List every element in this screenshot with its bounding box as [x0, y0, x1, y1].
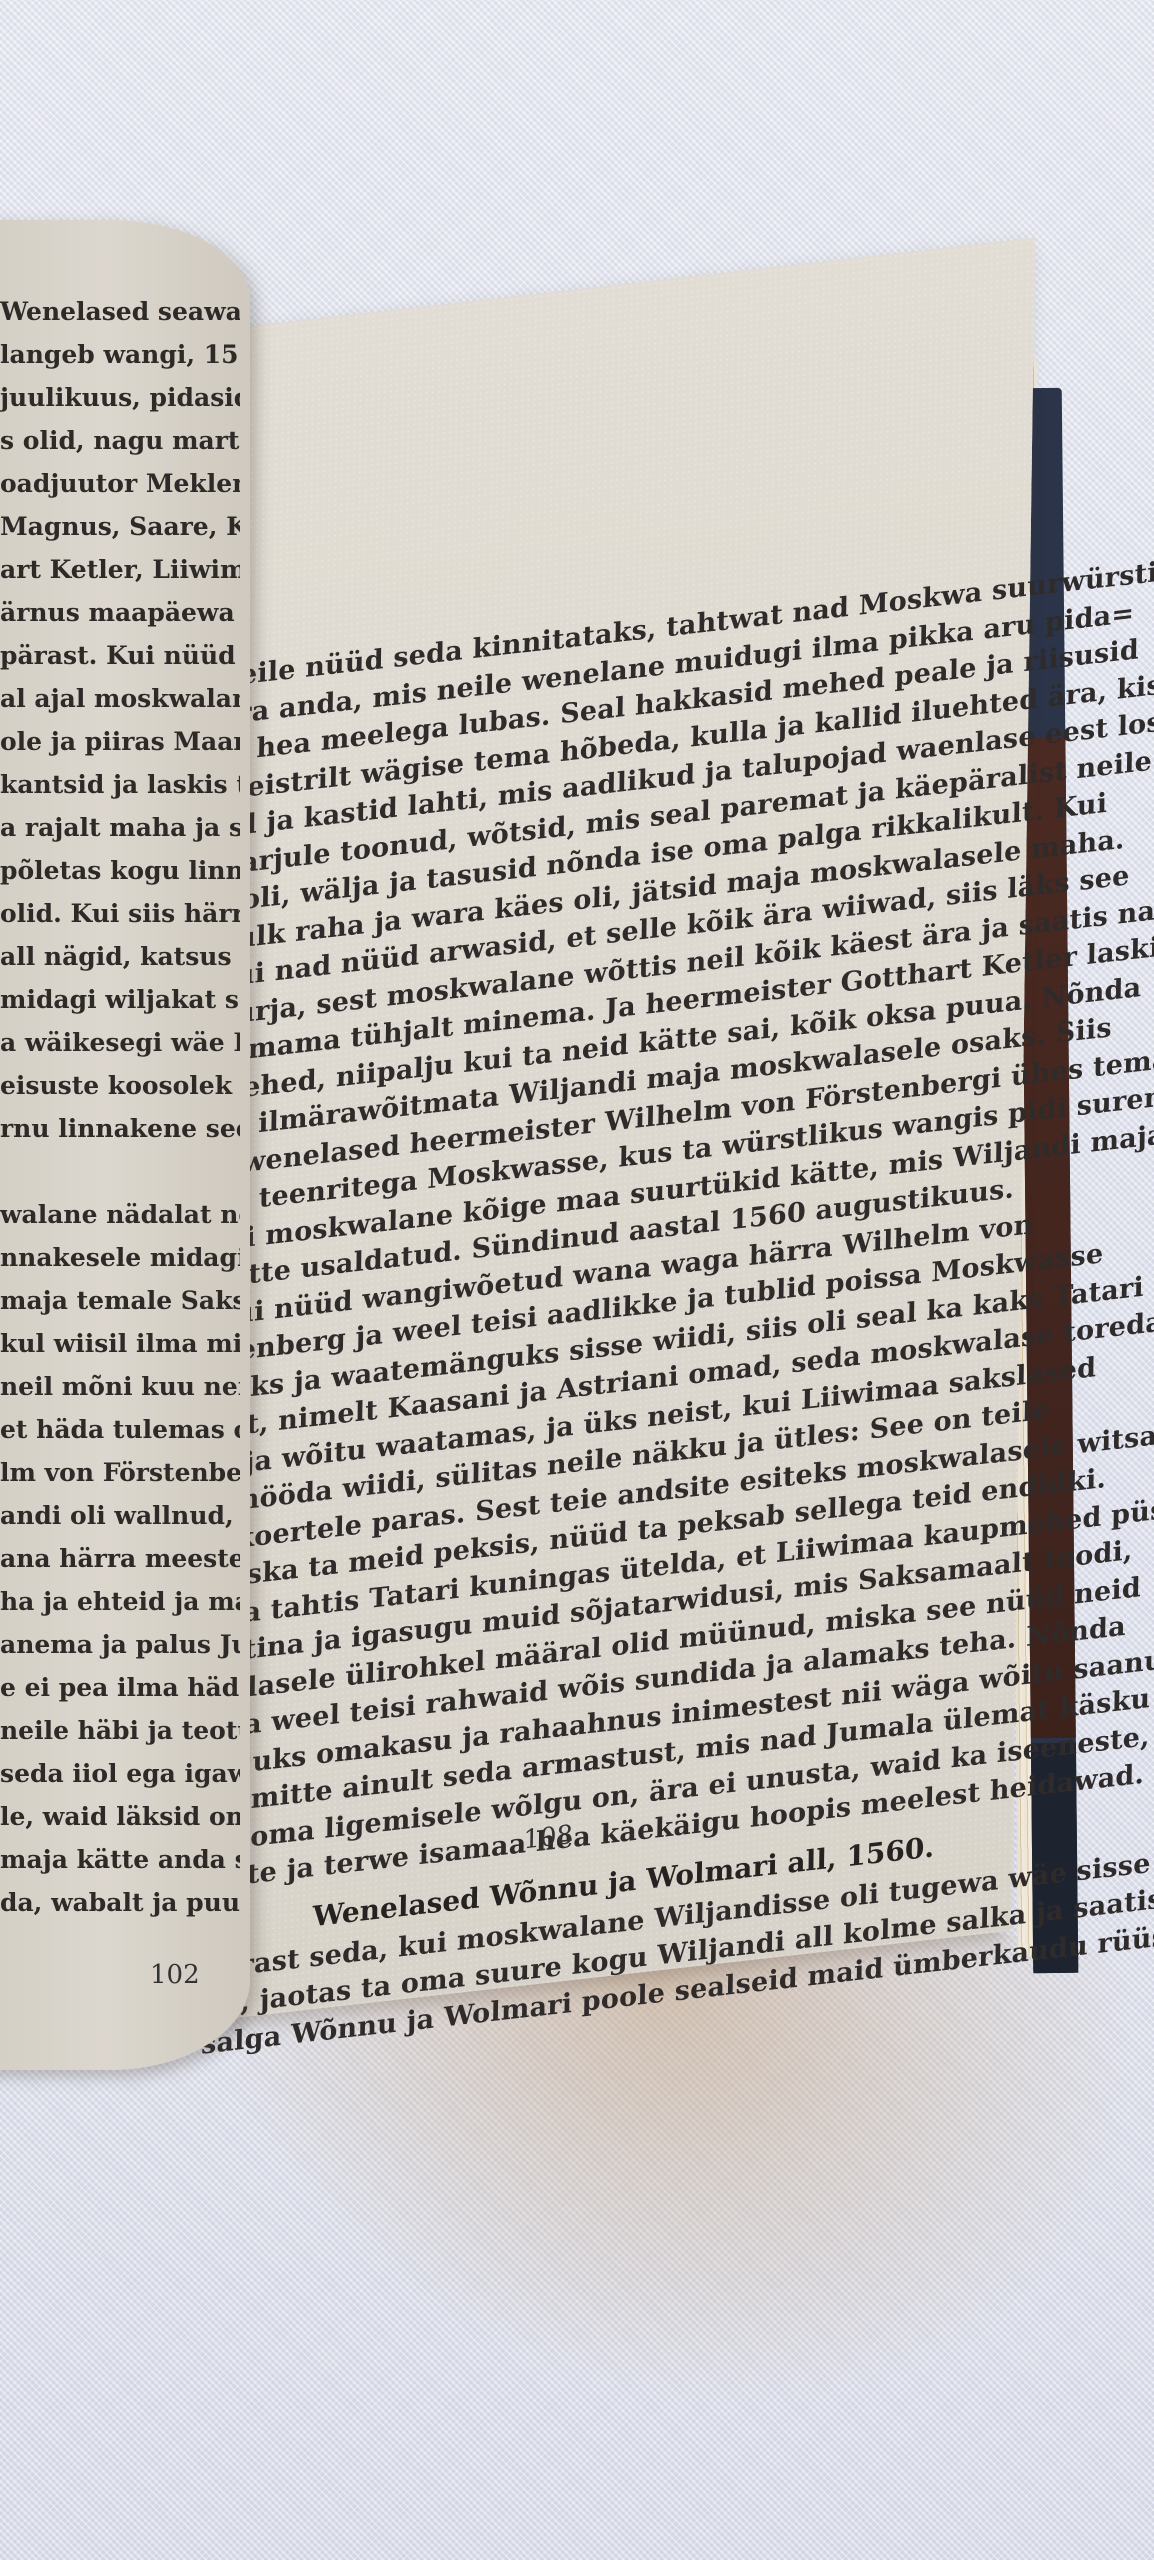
text-line: a wäikesegi wäe Pärnu	[0, 1021, 240, 1064]
text-line: lm von Förstenberg	[0, 1451, 240, 1494]
text-line: seda iiol ega igawesti	[0, 1752, 240, 1795]
text-line: kul wiisil ilma mingi	[0, 1322, 240, 1365]
paragraph-2: Kui nüüd wangiwõetud wana waga härra Wil…	[203, 1209, 1001, 1899]
text-line: le, waid läksid oma	[0, 1795, 240, 1838]
left-page: Wenelased seawad Wiljandilangeb wangi, 1…	[0, 220, 250, 2070]
left-page-text: Wenelased seawad Wiljandilangeb wangi, 1…	[0, 290, 240, 1924]
text-line: nnakesele midagi ei wõinud	[0, 1236, 240, 1279]
text-line: ha ja ehteid ja maritsee	[0, 1580, 240, 1623]
text-line: ana härra meeste tige	[0, 1537, 240, 1580]
page-number: 102	[150, 1960, 200, 1990]
text-line: juulikuus, pidasid	[0, 376, 240, 419]
text-line: olid. Kui siis härrad	[0, 892, 240, 935]
text-line: eisuste koosolek suurde	[0, 1064, 240, 1107]
text-line: maja temale Saksa	[0, 1279, 240, 1322]
right-page-text: neile nüüd seda kinnitataks, tahtwat nad…	[201, 571, 1010, 2064]
text-line: da, wabalt ja puutumata	[0, 1881, 240, 1924]
text-line: Wenelased seawad Wiljandi	[0, 290, 240, 333]
right-page: neile nüüd seda kinnitataks, tahtwat nad…	[191, 238, 1035, 2023]
text-line: anema ja palus Jumala	[0, 1623, 240, 1666]
text-line: langeb wangi, 1560	[0, 333, 240, 376]
text-line: ole ja piiras Maarja-	[0, 720, 240, 763]
paragraph-1: neile nüüd seda kinnitataks, tahtwat nad…	[211, 571, 1010, 1298]
text-line: neil mõni kuu nende	[0, 1365, 240, 1408]
text-line: ärnus maapäewa ja	[0, 591, 240, 634]
text-line: e ei pea ilma hädata	[0, 1666, 240, 1709]
text-line: s olid, nagu marttrahw	[0, 419, 240, 462]
text-line: andi oli wallnud, suure	[0, 1494, 240, 1537]
text-line: et häda tulemas oli, seda	[0, 1408, 240, 1451]
text-line: maja kätte anda selle	[0, 1838, 240, 1881]
text-line: põletas kogu linnakese	[0, 849, 240, 892]
page-number: 108	[523, 1820, 573, 1856]
text-line: all nägid, katsus igaüks	[0, 935, 240, 978]
text-line: al ajal moskwalane suure	[0, 677, 240, 720]
text-line: neile häbi ja teotust	[0, 1709, 240, 1752]
text-line: walane nädalat neli Wil	[0, 1193, 240, 1236]
text-line: midagi wiljakat sel	[0, 978, 240, 1021]
text-line: rnu linnakene seekord	[0, 1107, 240, 1150]
text-line: kantsid ja laskis torma	[0, 763, 240, 806]
text-line: pärast. Kui nüüd mo	[0, 634, 240, 677]
text-line: oadjuutor Meklenburi	[0, 462, 240, 505]
text-line: a rajalt maha ja saatis	[0, 806, 240, 849]
text-line: art Ketler, Liiwimaa	[0, 548, 240, 591]
text-line: Magnus, Saare, Kura	[0, 505, 240, 548]
